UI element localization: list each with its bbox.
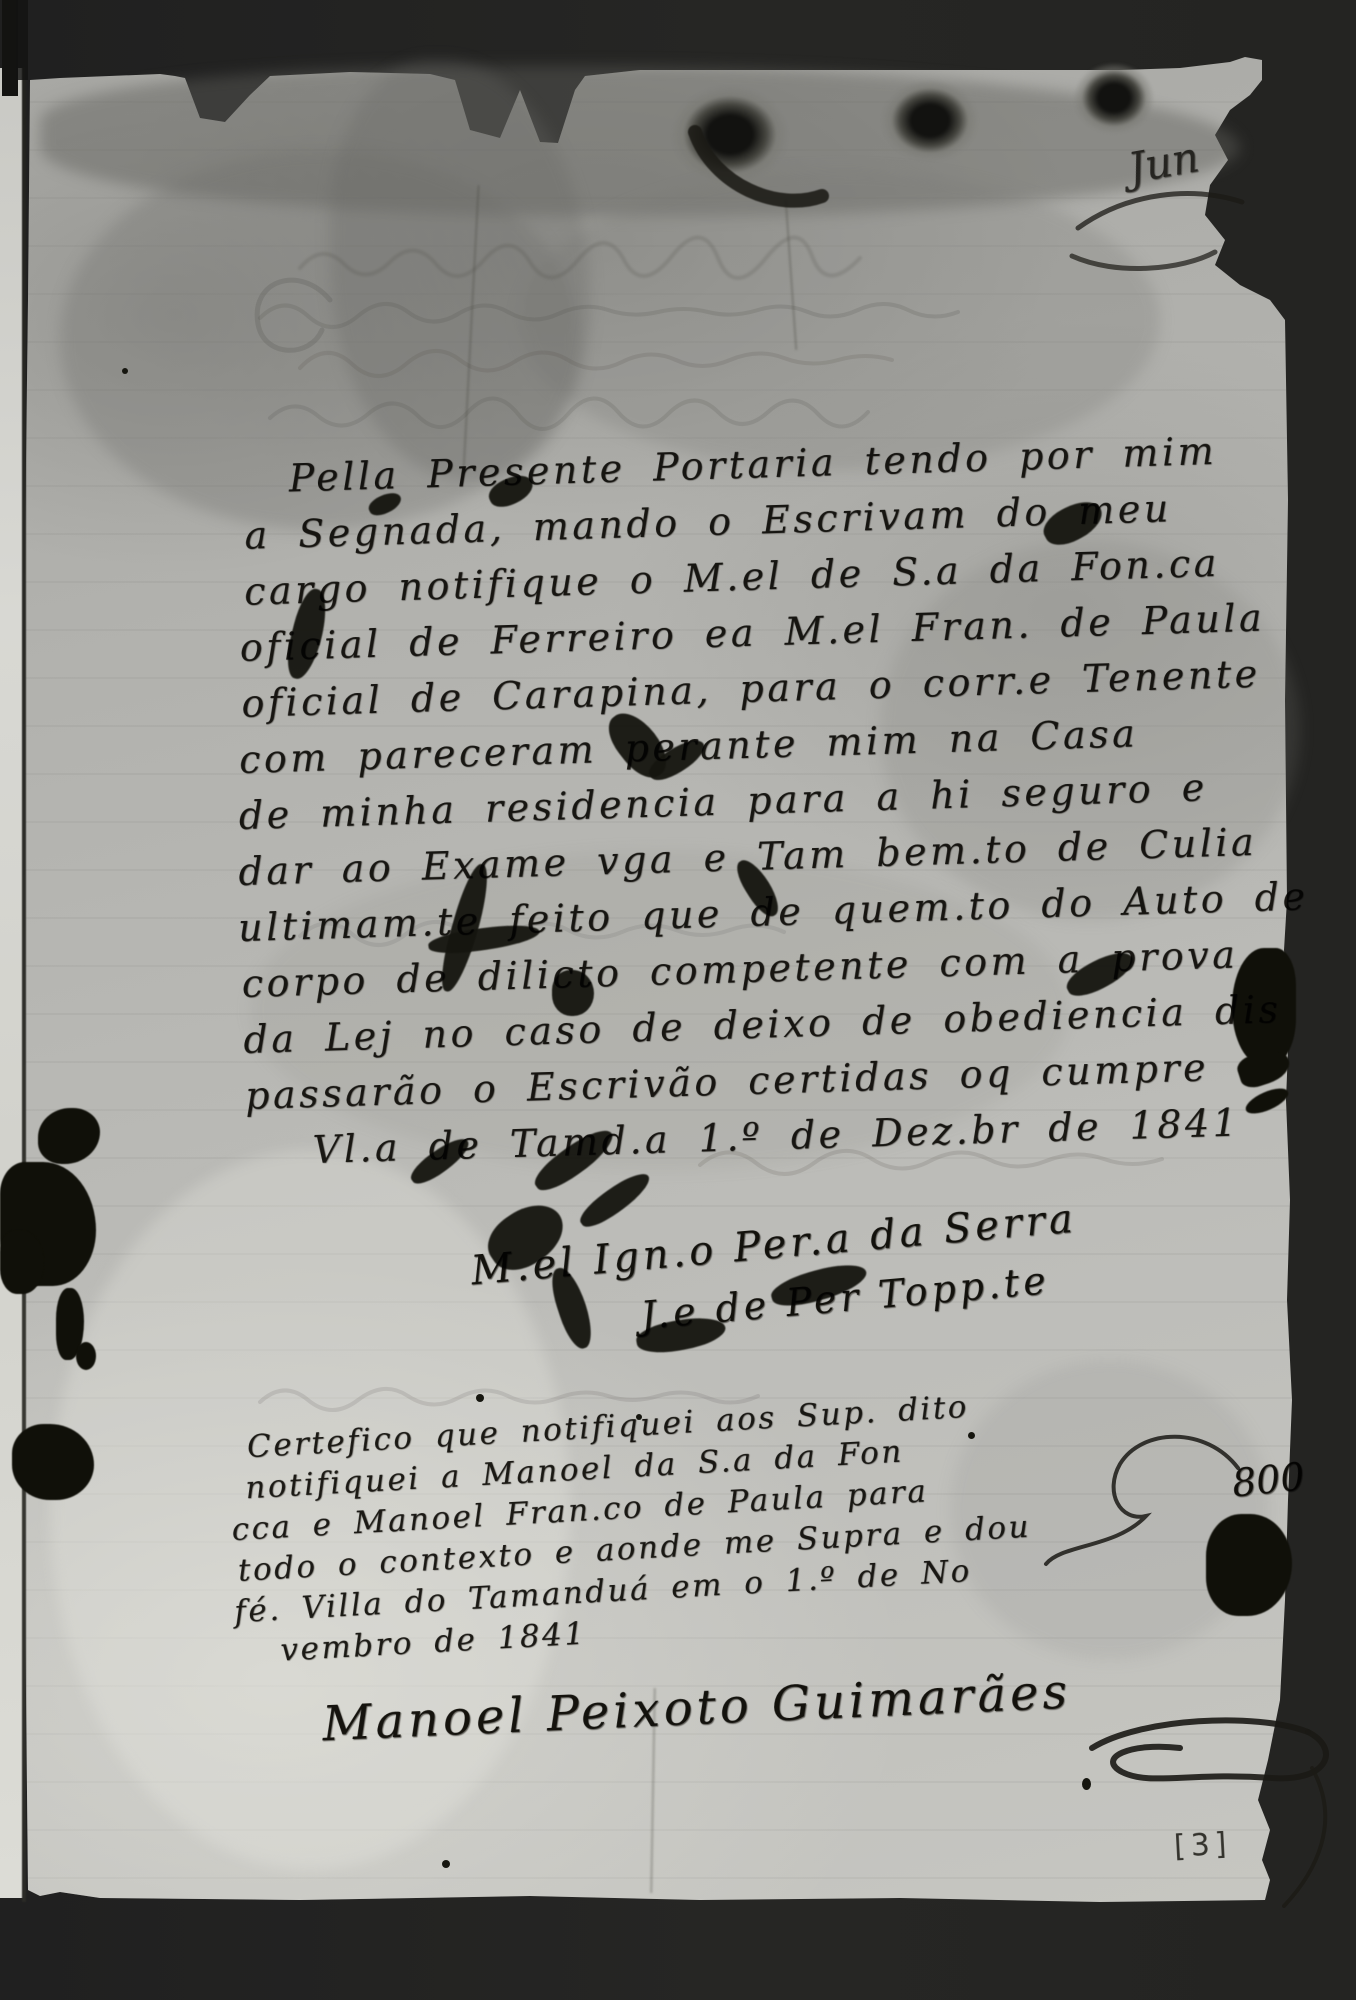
margin-number: 800	[1230, 1454, 1307, 1505]
ink-blot	[76, 1342, 96, 1370]
ink-speck	[476, 1394, 484, 1402]
ink-blot	[0, 1230, 44, 1294]
ink-speck	[122, 368, 128, 374]
manuscript-scan: Pella Presente Portaria tendo por mim a …	[0, 0, 1356, 2000]
ink-speck	[1082, 1778, 1091, 1790]
binding-fold-line	[22, 66, 26, 1902]
archival-page-number: [3]	[1173, 1827, 1232, 1865]
certificate-paragraph: Certefico que notifiquei aos Sup. dito n…	[232, 1384, 1037, 1674]
adjacent-page-edge	[0, 68, 24, 1898]
ink-speck	[442, 1860, 450, 1868]
portaria-paragraph: Pella Presente Portaria tendo por mim a …	[236, 421, 1316, 1180]
gutter-shadow	[16, 0, 28, 80]
